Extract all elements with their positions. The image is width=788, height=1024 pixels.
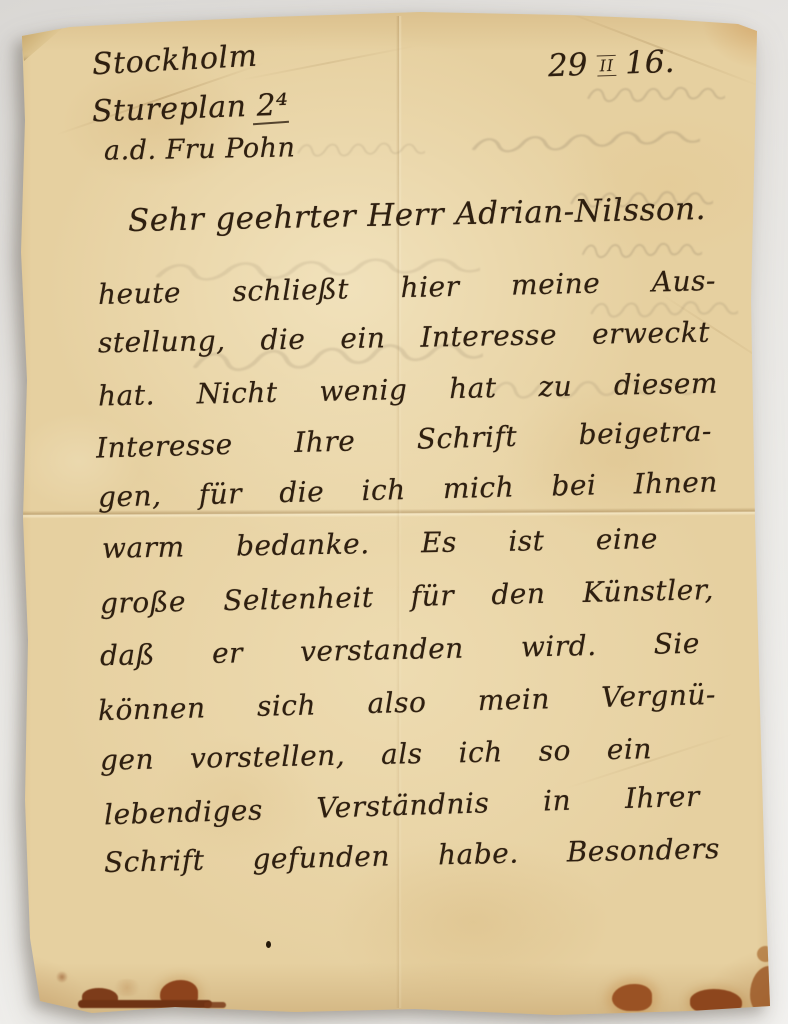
ink-dot — [266, 941, 271, 948]
body-line: warm bedanke. Es ist eine — [102, 523, 659, 568]
body-line: gen, für die ich mich bei Ihnen — [98, 466, 719, 516]
date-day: 29 — [547, 47, 588, 84]
body-line: Schrift gefunden habe. Besonders — [104, 833, 721, 882]
stain — [690, 989, 742, 1014]
salutation-line: Sehr geehrter Herr Adrian-Nilsson. — [128, 192, 707, 243]
body-line: gen vorstellen, als ich so ein — [100, 733, 653, 780]
body-line: Interesse Ihre Schrift beigetra- — [96, 415, 713, 467]
show-through-writing — [580, 240, 702, 264]
corner-crease — [239, 45, 416, 81]
letter-paper: Stockholm Stureplan 2⁴ a.d. Fru Pohn 29 … — [0, 0, 788, 1024]
stain — [612, 984, 652, 1011]
address-line: a.d. Fru Pohn — [104, 132, 296, 166]
body-line: lebendiges Verständnis in Ihrer — [104, 781, 701, 835]
show-through-writing — [468, 126, 701, 160]
body-line: können sich also mein Vergnü- — [98, 679, 717, 730]
address-line: Stockholm — [91, 40, 258, 83]
bent-corner — [20, 25, 66, 61]
date-year: 16. — [624, 44, 675, 82]
photo-background: Stockholm Stureplan 2⁴ a.d. Fru Pohn 29 … — [0, 0, 788, 1024]
date-month-roman: II — [597, 55, 616, 77]
stain — [78, 1000, 212, 1008]
body-line: große Seltenheit für den Künstler, — [100, 574, 715, 623]
date: 29 II 16. — [547, 44, 675, 84]
body-line: daß er verstanden wird. Sie — [100, 628, 701, 676]
show-through-writing — [295, 140, 425, 162]
show-through-writing — [585, 84, 725, 108]
stain — [757, 946, 774, 962]
stain — [204, 1002, 226, 1008]
paper-shadow: Stockholm Stureplan 2⁴ a.d. Fru Pohn 29 … — [0, 0, 788, 1024]
stain — [56, 971, 68, 983]
stain — [750, 966, 782, 1014]
body-line: stellung, die ein Interesse erweckt — [98, 317, 711, 363]
